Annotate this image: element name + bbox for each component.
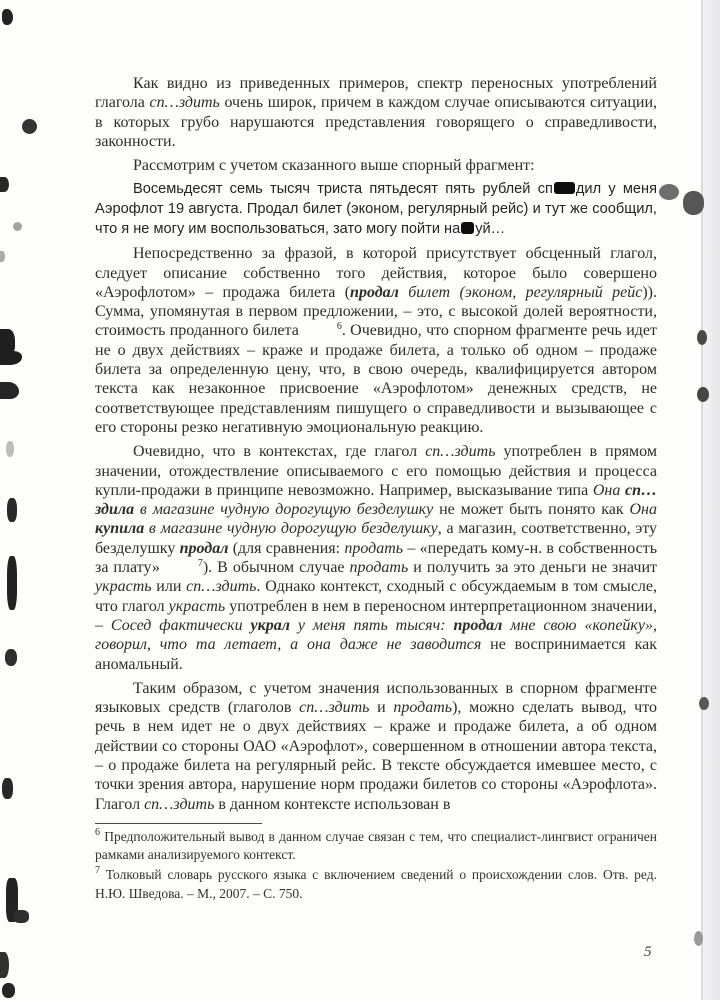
paragraph-lead-in: Рассмотрим с учетом сказанного выше спор… (95, 156, 657, 175)
scan-ink-mark (697, 387, 709, 402)
text-run: Она (630, 501, 658, 518)
text-run: купила (95, 520, 144, 537)
text-run: или (152, 578, 187, 595)
scan-ink-mark (697, 330, 707, 345)
text-run: сп…здить (150, 94, 220, 111)
scan-ink-mark (7, 556, 17, 610)
scan-ink-mark (2, 983, 15, 998)
scan-ink-mark (0, 952, 9, 978)
scan-edge-shadow (703, 0, 720, 1000)
redaction-box (554, 182, 575, 194)
text-run: Толковый словарь русского языка с включе… (95, 867, 657, 901)
scanned-document-page: { "content": { "page_number": "5", "para… (0, 0, 720, 1000)
text-run: продать (393, 699, 452, 716)
text-run: и получить за это деньги не значит (408, 559, 657, 576)
text-run: сп…здить (144, 796, 214, 813)
scan-ink-mark (0, 351, 22, 365)
text-run: (для сравнения: (228, 540, 344, 557)
footnote-separator (95, 823, 262, 824)
text-run: и (369, 699, 393, 716)
text-run: Сосед фактически (111, 617, 251, 634)
paragraph-conclusion: Таким образом, с учетом значения использ… (95, 679, 657, 814)
scan-ink-mark (6, 441, 14, 457)
paragraph-analysis-1: Непосредственно за фразой, в которой при… (95, 244, 657, 437)
document-body: Как видно из приведенных примеров, спект… (95, 74, 657, 904)
text-run: сп…здить (186, 578, 256, 595)
text-run: уй… (475, 221, 505, 237)
scan-ink-mark (13, 910, 29, 923)
scan-ink-mark (7, 498, 17, 522)
text-run: в магазине чудную дорогущую безделушку (134, 501, 433, 518)
text-run: Она (593, 482, 625, 499)
scan-ink-mark (2, 778, 13, 799)
text-run: у меня пять тысяч: (290, 617, 454, 634)
text-run: украсть (169, 598, 226, 615)
text-run: украсть (95, 578, 152, 595)
scan-ink-mark (694, 931, 703, 946)
scan-ink-mark (659, 184, 679, 200)
scan-ink-mark (5, 649, 17, 666)
text-run: сп…здить (299, 699, 369, 716)
text-run: в данном контексте использован в (214, 796, 450, 813)
scan-ink-mark (13, 222, 22, 231)
page-background: Как видно из приведенных примеров, спект… (0, 0, 720, 1000)
page-number: 5 (644, 944, 652, 961)
scan-ink-mark (22, 119, 37, 134)
text-run: . Очевидно, что спорном фрагменте речь и… (95, 322, 657, 435)
text-run: украл (251, 617, 290, 634)
text-run: продал (454, 617, 503, 634)
text-run: продал (350, 284, 399, 301)
paragraph-intro: Как видно из приведенных примеров, спект… (95, 74, 657, 151)
text-run: билет (эконом, регулярный рейс (399, 284, 642, 301)
text-run: Предположительный вывод в данном случае … (95, 829, 657, 863)
scan-ink-mark (2, 9, 13, 25)
footnote-6: 6 Предположительный вывод в данном случа… (95, 828, 657, 865)
scan-ink-mark (0, 382, 19, 399)
footnote-7: 7 Толковый словарь русского языка с вклю… (95, 866, 657, 903)
scan-ink-mark (0, 177, 9, 192)
scan-ink-mark (683, 191, 704, 215)
disputed-fragment-quote: Восемьдесят семь тысяч триста пятьдесят … (95, 180, 657, 239)
scan-ink-mark (0, 251, 5, 262)
paragraph-analysis-2: Очевидно, что в контекстах, где глагол с… (95, 442, 657, 674)
text-run: продать (350, 559, 409, 576)
text-run: Очевидно, что в контекстах, где глагол (133, 443, 425, 460)
scan-ink-mark (699, 697, 709, 710)
text-run: продал (180, 540, 229, 557)
text-run: продать (344, 540, 403, 557)
text-run: не может быть понято как (433, 501, 629, 518)
text-run: Рассмотрим с учетом сказанного выше спор… (133, 157, 535, 174)
redaction-box (461, 222, 474, 234)
text-run: ). В обычном случае (203, 559, 350, 576)
text-run: в магазине чудную дорогущую безделушку (144, 520, 438, 537)
text-run: Восемьдесят семь тысяч триста пятьдесят … (133, 181, 553, 197)
text-run: сп…здить (425, 443, 495, 460)
